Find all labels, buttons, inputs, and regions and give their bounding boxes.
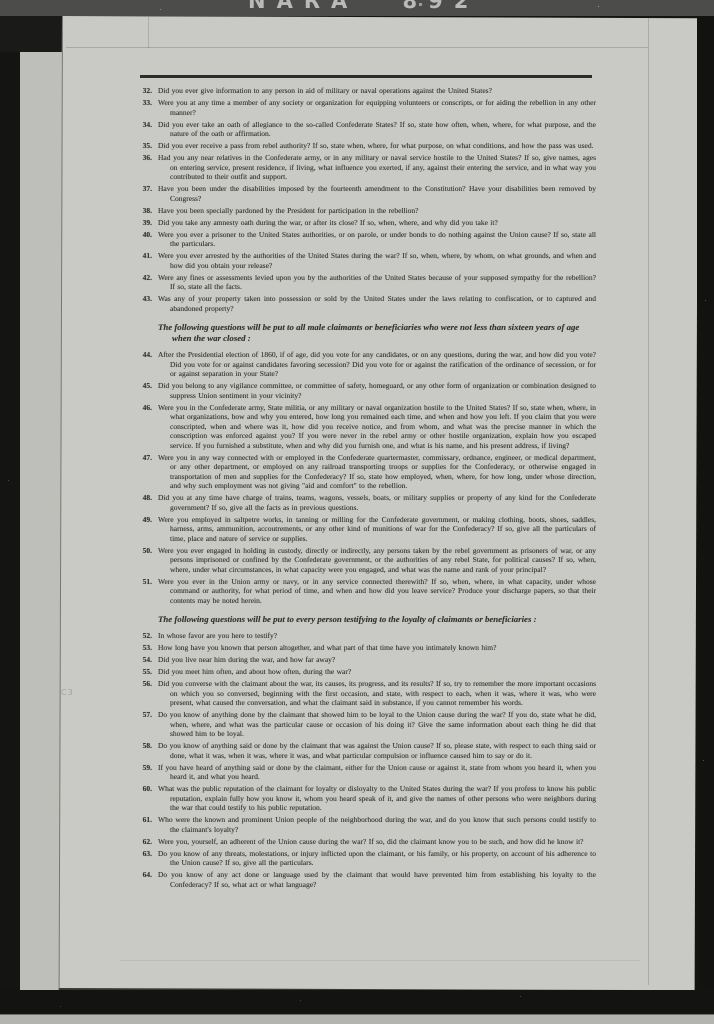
question-row: 37.Have you been under the disabilities … xyxy=(140,184,596,203)
question-text: Did you live near him during the war, an… xyxy=(158,655,596,665)
question-text: Do you know of anything said or done by … xyxy=(158,741,596,760)
question-number: 36. xyxy=(140,153,152,182)
question-number: 62. xyxy=(140,837,152,847)
question-text: After the Presidential election of 1860,… xyxy=(158,350,596,379)
question-text: Were you at any time a member of any soc… xyxy=(158,98,596,117)
question-row: 62.Were you, yourself, an adherent of th… xyxy=(140,837,596,847)
question-row: 55.Did you meet him often, and about how… xyxy=(140,667,596,677)
printed-questionnaire: 32.Did you ever give information to any … xyxy=(140,70,596,892)
film-black-border-right xyxy=(697,0,714,1024)
question-number: 61. xyxy=(140,815,152,834)
question-number: 44. xyxy=(140,350,152,379)
microfilm-frame: C3 32.Did you ever give information to a… xyxy=(0,0,714,1024)
question-number: 56. xyxy=(140,679,152,708)
question-number: 57. xyxy=(140,710,152,739)
question-number: 46. xyxy=(140,403,152,451)
question-text: Were any fines or assessments levied upo… xyxy=(158,273,596,292)
question-number: 45. xyxy=(140,381,152,400)
question-row: 48.Did you at any time have charge of tr… xyxy=(140,493,596,512)
question-number: 54. xyxy=(140,655,152,665)
question-number: 64. xyxy=(140,870,152,889)
question-text: Were you, yourself, an adherent of the U… xyxy=(158,837,596,847)
question-row: 44.After the Presidential election of 18… xyxy=(140,350,596,379)
question-number: 55. xyxy=(140,667,152,677)
question-row: 50.Were you ever engaged in holding in c… xyxy=(140,546,596,575)
page-crease-vertical-short xyxy=(148,17,149,48)
question-number: 41. xyxy=(140,251,152,270)
question-text: Do you know of any threats, molestations… xyxy=(158,849,596,868)
question-text: Were you employed in saltpetre works, in… xyxy=(158,515,596,544)
margin-mark: C3 xyxy=(61,688,74,697)
question-row: 47.Were you in any way connected with or… xyxy=(140,453,596,491)
question-text: Who were the known and prominent Union p… xyxy=(158,815,596,834)
question-text: Did you ever take an oath of allegiance … xyxy=(158,120,596,139)
question-number: 34. xyxy=(140,120,152,139)
question-text: Did you take any amnesty oath during the… xyxy=(158,218,596,228)
question-number: 52. xyxy=(140,631,152,641)
top-rule xyxy=(140,75,592,78)
question-text: Did you belong to any vigilance committe… xyxy=(158,381,596,400)
question-row: 64.Do you know of any act done or langua… xyxy=(140,870,596,889)
question-row: 58.Do you know of anything said or done … xyxy=(140,741,596,760)
question-row: 45.Did you belong to any vigilance commi… xyxy=(140,381,596,400)
question-number: 40. xyxy=(140,230,152,249)
question-row: 43.Was any of your property taken into p… xyxy=(140,294,596,313)
question-text: Were you ever arrested by the authoritie… xyxy=(158,251,596,270)
question-text: Were you in any way connected with or em… xyxy=(158,453,596,491)
question-text: Were you ever a prisoner to the United S… xyxy=(158,230,596,249)
question-row: 36.Had you any near relatives in the Con… xyxy=(140,153,596,182)
question-row: 61.Who were the known and prominent Unio… xyxy=(140,815,596,834)
question-number: 43. xyxy=(140,294,152,313)
question-row: 41.Were you ever arrested by the authori… xyxy=(140,251,596,270)
question-text: Were you ever in the Union army or navy,… xyxy=(158,577,596,606)
question-row: 54.Did you live near him during the war,… xyxy=(140,655,596,665)
question-text: Was any of your property taken into poss… xyxy=(158,294,596,313)
section-heading-male-claimants: The following questions will be put to a… xyxy=(158,322,596,344)
question-number: 50. xyxy=(140,546,152,575)
question-number: 53. xyxy=(140,643,152,653)
question-number: 49. xyxy=(140,515,152,544)
question-number: 38. xyxy=(140,206,152,216)
question-number: 60. xyxy=(140,784,152,813)
page-fold-right xyxy=(648,17,649,985)
question-text: Did you at any time have charge of train… xyxy=(158,493,596,512)
film-label-cropped: NARA 892 xyxy=(248,0,479,13)
question-text: What was the public reputation of the cl… xyxy=(158,784,596,813)
page-crease-bottom xyxy=(120,960,640,961)
question-row: 40.Were you ever a prisoner to the Unite… xyxy=(140,230,596,249)
question-number: 35. xyxy=(140,141,152,151)
question-row: 59.If you have heard of anything said or… xyxy=(140,763,596,782)
question-number: 37. xyxy=(140,184,152,203)
film-bottom-strip xyxy=(0,1014,714,1024)
question-row: 57.Do you know of anything done by the c… xyxy=(140,710,596,739)
question-row: 49.Were you employed in saltpetre works,… xyxy=(140,515,596,544)
question-row: 39.Did you take any amnesty oath during … xyxy=(140,218,596,228)
question-number: 58. xyxy=(140,741,152,760)
question-row: 35.Did you ever receive a pass from rebe… xyxy=(140,141,596,151)
question-number: 63. xyxy=(140,849,152,868)
question-row: 46.Were you in the Confederate army, Sta… xyxy=(140,403,596,451)
question-number: 59. xyxy=(140,763,152,782)
film-dust-specks xyxy=(0,0,1,1)
question-text: Were you in the Confederate army, State … xyxy=(158,403,596,451)
question-row: 33.Were you at any time a member of any … xyxy=(140,98,596,117)
question-text: Were you ever engaged in holding in cust… xyxy=(158,546,596,575)
question-number: 42. xyxy=(140,273,152,292)
question-text: If you have heard of anything said or do… xyxy=(158,763,596,782)
question-number: 32. xyxy=(140,86,152,96)
question-text: Did you converse with the claimant about… xyxy=(158,679,596,708)
question-row: 60.What was the public reputation of the… xyxy=(140,784,596,813)
question-number: 48. xyxy=(140,493,152,512)
question-text: Had you any near relatives in the Confed… xyxy=(158,153,596,182)
question-row: 32.Did you ever give information to any … xyxy=(140,86,596,96)
film-black-border-bottom xyxy=(0,990,714,1014)
question-row: 63.Do you know of any threats, molestati… xyxy=(140,849,596,868)
question-text: Have you been under the disabilities imp… xyxy=(158,184,596,203)
section-heading-loyalty-witnesses: The following questions will be put to e… xyxy=(158,614,596,625)
question-text: Did you meet him often, and about how of… xyxy=(158,667,596,677)
question-row: 56.Did you converse with the claimant ab… xyxy=(140,679,596,708)
question-row: 34.Did you ever take an oath of allegian… xyxy=(140,120,596,139)
question-text: Did you ever receive a pass from rebel a… xyxy=(158,141,596,151)
question-number: 39. xyxy=(140,218,152,228)
question-text: Do you know of any act done or language … xyxy=(158,870,596,889)
question-text: Have you been specially pardoned by the … xyxy=(158,206,596,216)
question-row: 51.Were you ever in the Union army or na… xyxy=(140,577,596,606)
question-row: 53.How long have you known that person a… xyxy=(140,643,596,653)
question-row: 42.Were any fines or assessments levied … xyxy=(140,273,596,292)
question-row: 38.Have you been specially pardoned by t… xyxy=(140,206,596,216)
question-text: In whose favor are you here to testify? xyxy=(158,631,596,641)
question-number: 33. xyxy=(140,98,152,117)
question-row: 52.In whose favor are you here to testif… xyxy=(140,631,596,641)
question-text: How long have you known that person alto… xyxy=(158,643,596,653)
film-header-band: NARA 892 xyxy=(0,0,714,16)
question-number: 51. xyxy=(140,577,152,606)
question-text: Do you know of anything done by the clai… xyxy=(158,710,596,739)
question-text: Did you ever give information to any per… xyxy=(158,86,596,96)
question-number: 47. xyxy=(140,453,152,491)
page-crease-horizontal xyxy=(66,47,648,48)
